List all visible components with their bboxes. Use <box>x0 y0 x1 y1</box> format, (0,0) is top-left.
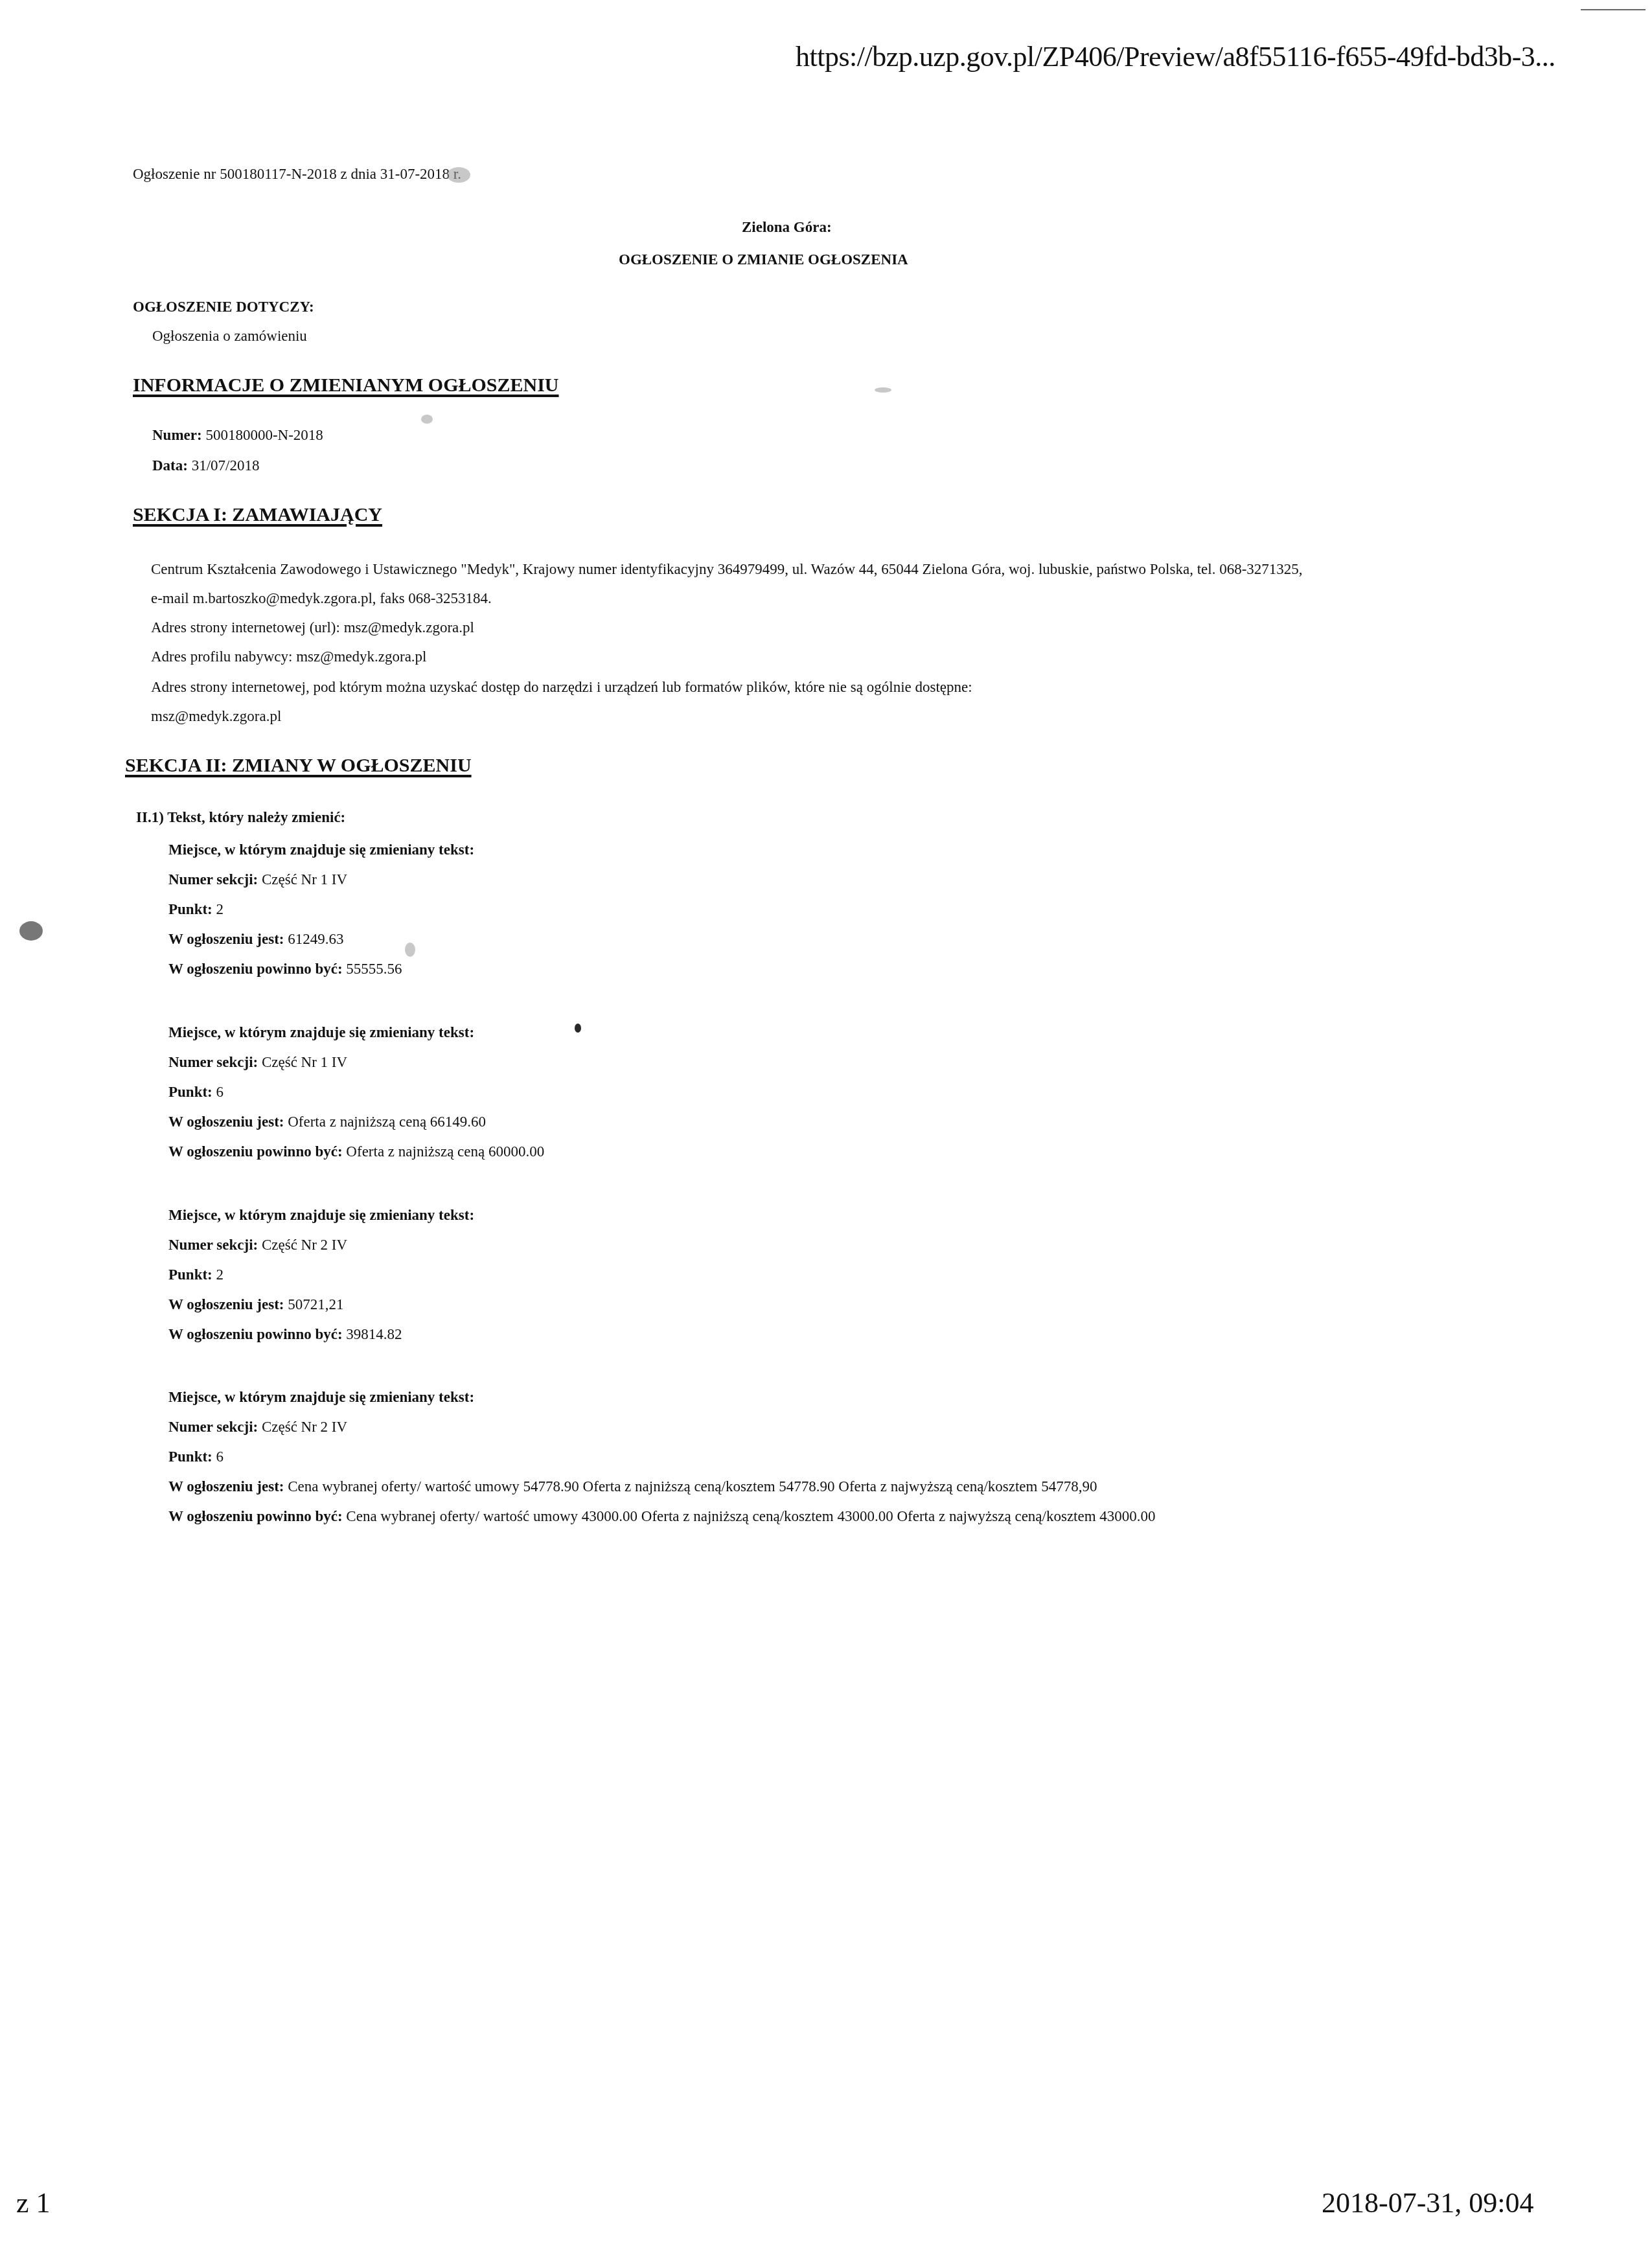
change-4-current-text: W ogłoszeniu jest: Cena wybranej oferty/… <box>168 1478 1097 1496</box>
change-2-corrected-text: W ogłoszeniu powinno być: Oferta z najni… <box>168 1143 544 1161</box>
section1-heading: SEKCJA I: ZAMAWIAJĄCY <box>133 504 382 526</box>
scan-speck <box>447 167 470 183</box>
field-value: 61249.63 <box>288 931 343 947</box>
field-value: 50721,21 <box>288 1296 343 1312</box>
field-label: W ogłoszeniu jest: <box>168 1296 284 1312</box>
field-label: Numer sekcji: <box>168 1054 258 1070</box>
tools-access-url: msz@medyk.zgora.pl <box>151 707 281 726</box>
scan-edge-line <box>1581 9 1646 10</box>
section2-heading: SEKCJA II: ZMIANY W OGŁOSZENIU <box>125 755 472 777</box>
field-value: Część Nr 1 IV <box>262 1054 347 1070</box>
change-2-place-label: Miejsce, w którym znajduje się zmieniany… <box>168 1024 474 1042</box>
print-timestamp: 2018-07-31, 09:04 <box>1322 2186 1534 2219</box>
field-value: Część Nr 1 IV <box>262 871 347 888</box>
change-1-place-label: Miejsce, w którym znajduje się zmieniany… <box>168 841 474 859</box>
page-url: https://bzp.uzp.gov.pl/ZP406/Preview/a8f… <box>796 40 1555 73</box>
field-label: Punkt: <box>168 1084 212 1100</box>
section2-subheading: II.1) Tekst, który należy zmienić: <box>136 808 345 827</box>
field-label: Miejsce, w którym znajduje się zmieniany… <box>168 1024 474 1040</box>
field-value: Oferta z najniższą ceną 66149.60 <box>288 1114 486 1130</box>
website-line: Adres strony internetowej (url): msz@med… <box>151 619 474 637</box>
field-label: W ogłoszeniu jest: <box>168 1114 284 1130</box>
field-label: Numer sekcji: <box>168 871 258 888</box>
field-label: Miejsce, w którym znajduje się zmieniany… <box>168 1207 474 1223</box>
change-4-section-number: Numer sekcji: Część Nr 2 IV <box>168 1418 347 1436</box>
field-label: Punkt: <box>168 1266 212 1283</box>
contact-line: e-mail m.bartoszko@medyk.zgora.pl, faks … <box>151 590 492 608</box>
field-label: W ogłoszeniu jest: <box>168 931 284 947</box>
change-1-point: Punkt: 2 <box>168 900 224 919</box>
change-3-point: Punkt: 2 <box>168 1266 224 1284</box>
field-value: 6 <box>216 1449 224 1465</box>
field-value: 2 <box>216 1266 224 1283</box>
notice-number-line: Ogłoszenie nr 500180117-N-2018 z dnia 31… <box>133 165 461 183</box>
field-value: 6 <box>216 1084 224 1100</box>
field-label: W ogłoszeniu powinno być: <box>168 1326 343 1342</box>
changed-notice-date: Data: 31/07/2018 <box>152 457 259 475</box>
change-3-current-text: W ogłoszeniu jest: 50721,21 <box>168 1296 343 1314</box>
field-value: 55555.56 <box>346 961 402 977</box>
scan-speck <box>421 415 433 424</box>
date-value: 31/07/2018 <box>192 457 260 474</box>
field-label: Numer sekcji: <box>168 1237 258 1253</box>
field-value: Część Nr 2 IV <box>262 1419 347 1435</box>
field-value: Cena wybranej oferty/ wartość umowy 4300… <box>346 1508 1155 1524</box>
field-label: Punkt: <box>168 901 212 917</box>
change-1-section-number: Numer sekcji: Część Nr 1 IV <box>168 871 347 889</box>
change-3-place-label: Miejsce, w którym znajduje się zmieniany… <box>168 1206 474 1224</box>
notice-title: OGŁOSZENIE O ZMIANIE OGŁOSZENIA <box>619 251 908 269</box>
change-2-current-text: W ogłoszeniu jest: Oferta z najniższą ce… <box>168 1113 486 1131</box>
field-label: W ogłoszeniu powinno być: <box>168 961 343 977</box>
date-label: Data: <box>152 457 188 474</box>
field-value: Cena wybranej oferty/ wartość umowy 5477… <box>288 1478 1097 1495</box>
change-4-point: Punkt: 6 <box>168 1448 224 1466</box>
concerns-label: OGŁOSZENIE DOTYCZY: <box>133 298 314 316</box>
field-label: Miejsce, w którym znajduje się zmieniany… <box>168 842 474 858</box>
page-indicator: z 1 <box>16 2186 51 2219</box>
field-label: W ogłoszeniu powinno być: <box>168 1143 343 1160</box>
change-2-section-number: Numer sekcji: Część Nr 1 IV <box>168 1053 347 1071</box>
field-label: W ogłoszeniu powinno być: <box>168 1508 343 1524</box>
change-3-corrected-text: W ogłoszeniu powinno być: 39814.82 <box>168 1325 402 1344</box>
change-4-place-label: Miejsce, w którym znajduje się zmieniany… <box>168 1388 474 1406</box>
field-label: Miejsce, w którym znajduje się zmieniany… <box>168 1389 474 1405</box>
scan-speck <box>575 1024 581 1033</box>
field-label: Numer sekcji: <box>168 1419 258 1435</box>
change-2-point: Punkt: 6 <box>168 1083 224 1101</box>
tools-access-line: Adres strony internetowej, pod którym mo… <box>151 678 972 696</box>
scan-speck <box>19 921 43 941</box>
scan-speck <box>875 387 891 393</box>
scan-speck <box>405 943 415 957</box>
concerns-value: Ogłoszenia o zamówieniu <box>152 327 307 345</box>
field-label: W ogłoszeniu jest: <box>168 1478 284 1495</box>
field-value: 39814.82 <box>346 1326 402 1342</box>
field-value: 2 <box>216 901 224 917</box>
buyer-profile-line: Adres profilu nabywcy: msz@medyk.zgora.p… <box>151 648 427 666</box>
change-4-corrected-text: W ogłoszeniu powinno być: Cena wybranej … <box>168 1507 1156 1526</box>
contracting-authority-line: Centrum Kształcenia Zawodowego i Ustawic… <box>151 560 1303 578</box>
change-1-current-text: W ogłoszeniu jest: 61249.63 <box>168 930 343 948</box>
change-3-section-number: Numer sekcji: Część Nr 2 IV <box>168 1236 347 1254</box>
number-label: Numer: <box>152 427 202 443</box>
field-value: Część Nr 2 IV <box>262 1237 347 1253</box>
changed-notice-heading: INFORMACJE O ZMIENIANYM OGŁOSZENIU <box>133 374 559 396</box>
number-value: 500180000-N-2018 <box>205 427 323 443</box>
field-value: Oferta z najniższą ceną 60000.00 <box>346 1143 544 1160</box>
changed-notice-number: Numer: 500180000-N-2018 <box>152 426 323 444</box>
change-1-corrected-text: W ogłoszeniu powinno być: 55555.56 <box>168 960 402 978</box>
notice-city: Zielona Góra: <box>742 218 832 236</box>
field-label: Punkt: <box>168 1449 212 1465</box>
